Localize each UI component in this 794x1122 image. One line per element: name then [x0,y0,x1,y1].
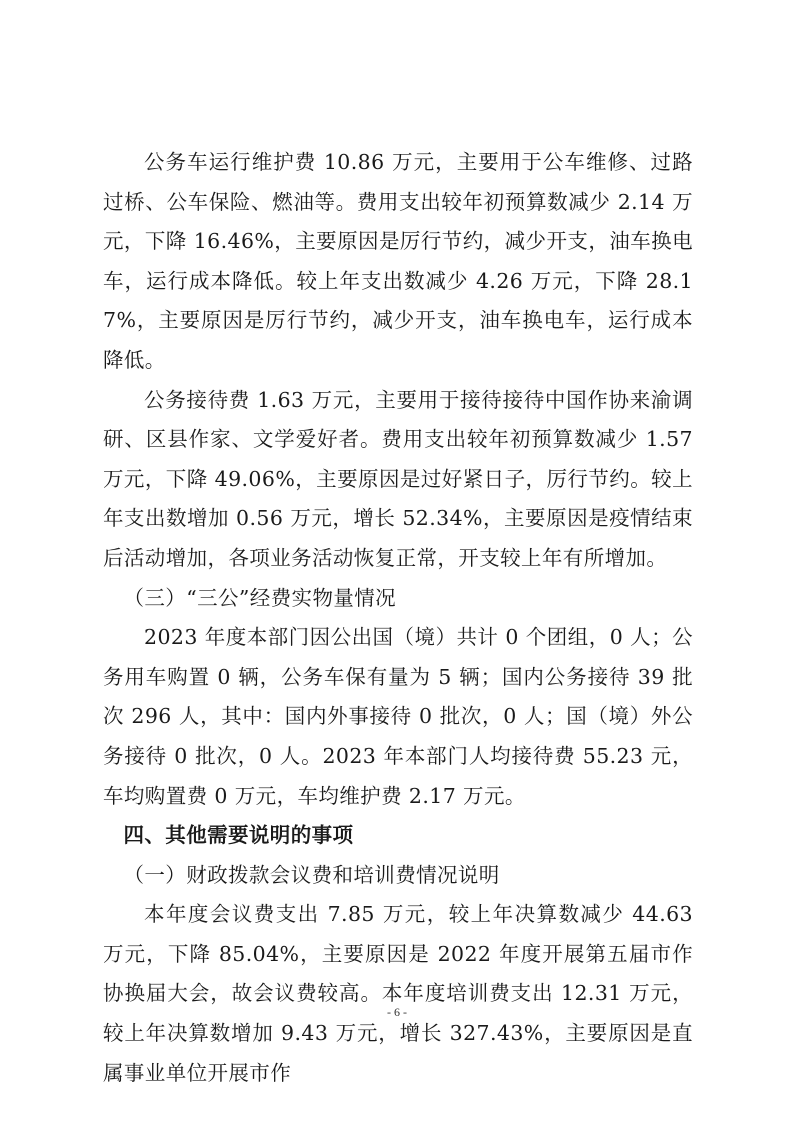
paragraph-physical-quantity: 2023 年度本部门因公出国（境）共计 0 个团组，0 人；公务用车购置 0 辆… [103,618,693,816]
subheading-three-public-physical-quantity: （三）“三公”经费实物量情况 [103,579,693,619]
subheading-meeting-training-fees: （一）财政拨款会议费和培训费情况说明 [103,856,693,896]
paragraph-meeting-training-fees: 本年度会议费支出 7.85 万元，较上年决算数减少 44.63 万元，下降 85… [103,895,693,1093]
paragraph-vehicle-maintenance-fee: 公务车运行维护费 10.86 万元，主要用于公车维修、过路过桥、公车保险、燃油等… [103,143,693,381]
document-page: 公务车运行维护费 10.86 万元，主要用于公车维修、过路过桥、公车保险、燃油等… [0,0,794,1122]
page-number: - 6 - [0,1005,794,1020]
paragraph-official-reception-fee: 公务接待费 1.63 万元，主要用于接待接待中国作协来渝调研、区县作家、文学爱好… [103,381,693,579]
page-content: 公务车运行维护费 10.86 万元，主要用于公车维修、过路过桥、公车保险、燃油等… [103,143,693,1093]
heading-other-matters: 四、其他需要说明的事项 [103,816,693,856]
